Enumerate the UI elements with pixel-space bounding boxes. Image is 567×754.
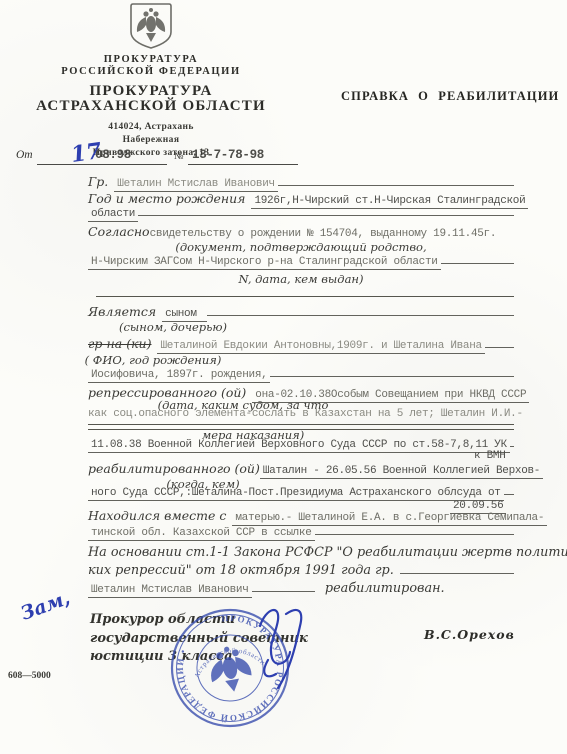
law-line-2: ких репрессий" от 18 октября 1991 года г… [88, 563, 514, 579]
parents-label: гр-на (ки) [88, 336, 151, 351]
from-label: От [16, 149, 33, 161]
letterhead: ПРОКУРАТУРА РОССИЙСКОЙ ФЕДЕРАЦИИ ПРОКУРА… [20, 2, 282, 160]
law-result: реабилитирован. [325, 581, 445, 596]
number-underline [188, 164, 298, 165]
parents-hint: ( ФИО, год рождения) [0, 353, 366, 367]
birth-label: Год и место рождения [88, 191, 245, 206]
citizen-label: Гр. [88, 174, 108, 189]
relation-hint: (сыном, дочерью) [0, 320, 386, 334]
date-underline [37, 164, 167, 165]
birth-value-2: области [88, 208, 138, 222]
citizen-name: Шеталин Мстислав Иванович [114, 178, 278, 192]
law-text-1: На основании ст.1-1 Закона РСФСР "О реаб… [88, 545, 567, 560]
parents-value-2: Иосифовича, 1897г. рождения, [88, 369, 270, 383]
repressed-line-2: как соц.опасного элемента-сослать в Каза… [88, 408, 514, 424]
parents-line-1: гр-на (ки) Шеталиной Евдокии Антоновны,1… [88, 336, 514, 352]
rehab-line-1: реабилитированного (ой) Шаталин - 26.05.… [88, 461, 514, 477]
law-line-1: На основании ст.1-1 Закона РСФСР "О реаб… [88, 545, 514, 561]
birth-value-1: 1926г,Н-Чирский ст.Н-Чирская Сталинградс… [251, 195, 528, 209]
date-number-row: От 17 08.98 № 13-7-78-98 [16, 143, 296, 165]
residence-value-1: матерью.- Шеталиной Е.А. в с.Георгиевка … [232, 512, 547, 526]
relation-line: Является сыном [88, 304, 514, 320]
document-value-2: Н-Чирским ЗАГСом Н-Чирского р-на Сталинг… [88, 256, 441, 270]
coat-of-arms-icon [129, 2, 173, 50]
handwritten-note: Зам, [18, 587, 73, 625]
document-value-1: свидетельству о рождении № 154704, выдан… [150, 228, 497, 240]
residence-line-1: Находился вместе с матерью.- Шеталиной Е… [88, 508, 514, 524]
section-rule [96, 296, 514, 297]
parents-value-1: Шеталиной Евдокии Антоновны,1909г. и Шет… [157, 340, 484, 354]
org-line-small-1: ПРОКУРАТУРА [20, 54, 282, 66]
document-line-1: Согласно свидетельству о рождении № 1547… [88, 224, 514, 240]
org-line-large-1: ПРОКУРАТУРА [20, 84, 282, 99]
rehabilitation-certificate-scan: ПРОКУРАТУРА РОССИЙСКОЙ ФЕДЕРАЦИИ ПРОКУРА… [0, 0, 567, 754]
birth-line-1: Год и место рождения 1926г,Н-Чирский ст.… [88, 191, 514, 207]
rehab-value-2: ного Суда СССР,:Шеталина-Пост.Президиума… [88, 487, 504, 501]
residence-label: Находился вместе с [88, 508, 226, 523]
parents-line-2: Иосифовича, 1897г. рождения, [88, 369, 514, 385]
document-hint-2: N, дата, кем выдан) [88, 272, 514, 286]
law-name: Шеталин Мстислав Иванович [88, 584, 252, 598]
org-line-small-2: РОССИЙСКОЙ ФЕДЕРАЦИИ [20, 66, 282, 78]
number-label: № [174, 151, 184, 162]
citizen-line: Гр. Шеталин Мстислав Иванович [88, 174, 514, 190]
signature [246, 600, 316, 704]
typed-number: 13-7-78-98 [192, 148, 264, 162]
rehab-label: реабилитированного (ой) [88, 461, 260, 476]
repressed-value-3: 11.08.38 Военной Коллегией Верховного Су… [88, 439, 510, 453]
document-hint-1: (документ, подтверждающий родство, [88, 240, 514, 254]
address-line-1: 414024, Астрахань [20, 121, 282, 134]
repressed-line-3: 11.08.38 Военной Коллегией Верховного Су… [88, 439, 514, 455]
repressed-value-2: как соц.опасного элемента-сослать в Каза… [88, 408, 523, 420]
print-code: 608—5000 [8, 671, 51, 681]
document-label: Согласно [88, 224, 150, 239]
signer-name: В.С.Орехов [424, 627, 515, 642]
typed-date: 08.98 [95, 148, 131, 162]
document-title: СПРАВКА О РЕАБИЛИТАЦИИ [341, 89, 559, 104]
relation-label: Является [88, 304, 156, 319]
residence-value-2: тинской обл. Казахской ССР в ссылке [88, 527, 315, 541]
document-line-2: Н-Чирским ЗАГСом Н-Чирского р-на Сталинг… [88, 256, 514, 272]
residence-line-2: тинской обл. Казахской ССР в ссылке [88, 527, 514, 543]
org-line-large-2: АСТРАХАНСКОЙ ОБЛАСТИ [20, 99, 282, 114]
law-line-3: Шеталин Мстислав Иванович реабилитирован… [88, 581, 514, 597]
birth-line-2: области [88, 208, 514, 224]
law-text-2: ких репрессий" от 18 октября 1991 года г… [88, 563, 394, 578]
